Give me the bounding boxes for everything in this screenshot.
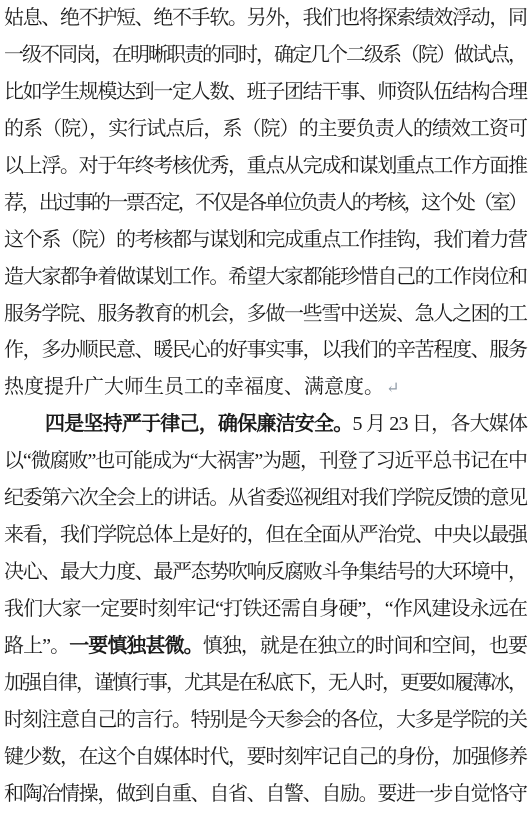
text-line: 热度提升广大师生员工的幸福度、满意度。↵ bbox=[4, 369, 528, 406]
text-line-content: 键少数，在这个自媒体时代，要时刻牢记自己的身份，加强修养 bbox=[4, 739, 527, 776]
text-run: 这个系（院）的考核都与谋划和完成重点工作挂钩，我们着力营 bbox=[4, 229, 527, 251]
bold-run: 一要慎独甚微。 bbox=[69, 635, 203, 657]
text-run: 的系（院），实行试点后，系（院）的主要负责人的绩效工资可 bbox=[4, 118, 527, 140]
text-run: 时刻注意自己的言行。特别是今天参会的各位，大多是学院的关 bbox=[4, 709, 527, 731]
text-line: 四是坚持严于律己，确保廉洁安全。5 月 23 日，各大媒体 bbox=[4, 406, 528, 443]
text-line: 来看，我们学院总体上是好的，但在全面从严治党、中央以最强 bbox=[4, 517, 528, 554]
text-run: 和陶冶情操，做到自重、自省、自警、自励。要进一步自觉恪守 bbox=[4, 783, 527, 805]
text-line-content: 服务学院、服务教育的机会，多做一些雪中送炭、急人之困的工 bbox=[4, 296, 527, 333]
text-line-content: 以“微腐败”也可能成为“大祸害”为题，刊登了习近平总书记在中 bbox=[4, 443, 527, 480]
text-line: 键少数，在这个自媒体时代，要时刻牢记自己的身份，加强修养 bbox=[4, 739, 528, 776]
text-line-content: 荐，出过事的一票否定，不仅是各单位负责人的考核，这个处（室） bbox=[4, 185, 525, 222]
text-run: 以“微腐败”也可能成为“大祸害”为题，刊登了习近平总书记在中 bbox=[4, 450, 527, 472]
text-run: 热度提升广大师生员工的幸福度、满意度。 bbox=[4, 376, 384, 398]
text-line: 时刻注意自己的言行。特别是今天参会的各位，大多是学院的关 bbox=[4, 702, 528, 739]
text-line-content: 和陶冶情操，做到自重、自省、自警、自励。要进一步自觉恪守 bbox=[4, 776, 527, 813]
text-line-content: 以上浮。对于年终考核优秀，重点从完成和谋划重点工作方面推 bbox=[4, 148, 527, 185]
text-run: 我们大家一定要时刻牢记“打铁还需自身硬”，“作风建设永远在 bbox=[4, 598, 527, 620]
text-run: 慎独，就是在独立的时间和空间，也要 bbox=[203, 635, 527, 657]
text-line: 比如学生规模达到一定人数、班子团结干事、师资队伍结构合理 bbox=[4, 74, 528, 111]
text-run: 加强自律，谨慎行事，尤其是在私底下，无人时，更要如履薄冰， bbox=[4, 672, 526, 694]
text-line-content: 纪委第六次全会上的讲话。从省委巡视组对我们学院反馈的意见 bbox=[4, 480, 527, 517]
text-run: 纪委第六次全会上的讲话。从省委巡视组对我们学院反馈的意见 bbox=[4, 487, 527, 509]
text-run: 来看，我们学院总体上是好的，但在全面从严治党、中央以最强 bbox=[4, 524, 527, 546]
text-run: 键少数，在这个自媒体时代，要时刻牢记自己的身份，加强修养 bbox=[4, 746, 527, 768]
text-line-content: 路上”。一要慎独甚微。慎独，就是在独立的时间和空间，也要 bbox=[4, 628, 527, 665]
text-line-content: 姑息、绝不护短、绝不手软。另外，我们也将探索绩效浮动，同 bbox=[4, 0, 527, 37]
text-run: 荐，出过事的一票否定，不仅是各单位负责人的考核，这个处（室） bbox=[4, 192, 525, 214]
text-line-content: 造大家都争着做谋划工作。希望大家都能珍惜自己的工作岗位和 bbox=[4, 259, 527, 296]
text-line: 的系（院），实行试点后，系（院）的主要负责人的绩效工资可 bbox=[4, 111, 528, 148]
text-line: 路上”。一要慎独甚微。慎独，就是在独立的时间和空间，也要 bbox=[4, 628, 528, 665]
text-line-content: 作，多办顺民意、暖民心的好事实事，以我们的辛苦程度、服务 bbox=[4, 332, 527, 369]
text-line: 纪委第六次全会上的讲话。从省委巡视组对我们学院反馈的意见 bbox=[4, 480, 528, 517]
text-line-content: 时刻注意自己的言行。特别是今天参会的各位，大多是学院的关 bbox=[4, 702, 527, 739]
text-line-content: 四是坚持严于律己，确保廉洁安全。5 月 23 日，各大媒体 bbox=[45, 406, 527, 443]
text-run: 服务学院、服务教育的机会，多做一些雪中送炭、急人之困的工 bbox=[4, 303, 527, 325]
text-line: 荐，出过事的一票否定，不仅是各单位负责人的考核，这个处（室） bbox=[4, 185, 528, 222]
text-run: 比如学生规模达到一定人数、班子团结干事、师资队伍结构合理 bbox=[4, 81, 527, 103]
paragraph-mark-icon: ↵ bbox=[384, 380, 399, 397]
text-line-content: 加强自律，谨慎行事，尤其是在私底下，无人时，更要如履薄冰， bbox=[4, 665, 526, 702]
text-run: 造大家都争着做谋划工作。希望大家都能珍惜自己的工作岗位和 bbox=[4, 266, 527, 288]
text-line: 姑息、绝不护短、绝不手软。另外，我们也将探索绩效浮动，同 bbox=[4, 0, 528, 37]
text-line-content: 我们大家一定要时刻牢记“打铁还需自身硬”，“作风建设永远在 bbox=[4, 591, 527, 628]
text-line: 服务学院、服务教育的机会，多做一些雪中送炭、急人之困的工 bbox=[4, 296, 528, 333]
text-line: 我们大家一定要时刻牢记“打铁还需自身硬”，“作风建设永远在 bbox=[4, 591, 528, 628]
text-run: 路上”。 bbox=[4, 635, 69, 657]
text-line-content: 一级不同岗，在明晰职责的同时，确定几个二级系（院）做试点， bbox=[4, 37, 526, 74]
text-line: 以“微腐败”也可能成为“大祸害”为题，刊登了习近平总书记在中 bbox=[4, 443, 528, 480]
text-line: 加强自律，谨慎行事，尤其是在私底下，无人时，更要如履薄冰， bbox=[4, 665, 528, 702]
text-line-content: 的系（院），实行试点后，系（院）的主要负责人的绩效工资可 bbox=[4, 111, 527, 148]
text-line: 作，多办顺民意、暖民心的好事实事，以我们的辛苦程度、服务 bbox=[4, 332, 528, 369]
text-line-content: 来看，我们学院总体上是好的，但在全面从严治党、中央以最强 bbox=[4, 517, 527, 554]
text-line: 一级不同岗，在明晰职责的同时，确定几个二级系（院）做试点， bbox=[4, 37, 528, 74]
text-line: 决心、最大力度、最严态势吹响反腐败斗争集结号的大环境中， bbox=[4, 554, 528, 591]
text-run: 姑息、绝不护短、绝不手软。另外，我们也将探索绩效浮动，同 bbox=[4, 7, 527, 29]
text-run: 决心、最大力度、最严态势吹响反腐败斗争集结号的大环境中， bbox=[4, 561, 527, 583]
text-line-content: 这个系（院）的考核都与谋划和完成重点工作挂钩，我们着力营 bbox=[4, 222, 527, 259]
text-run: 一级不同岗，在明晰职责的同时，确定几个二级系（院）做试点， bbox=[4, 44, 526, 66]
text-run: 作，多办顺民意、暖民心的好事实事，以我们的辛苦程度、服务 bbox=[4, 339, 527, 361]
text-line: 以上浮。对于年终考核优秀，重点从完成和谋划重点工作方面推 bbox=[4, 148, 528, 185]
document-page: 姑息、绝不护短、绝不手软。另外，我们也将探索绩效浮动，同一级不同岗，在明晰职责的… bbox=[0, 0, 532, 813]
text-line: 造大家都争着做谋划工作。希望大家都能珍惜自己的工作岗位和 bbox=[4, 259, 528, 296]
text-line: 这个系（院）的考核都与谋划和完成重点工作挂钩，我们着力营 bbox=[4, 222, 528, 259]
text-run: 以上浮。对于年终考核优秀，重点从完成和谋划重点工作方面推 bbox=[4, 155, 527, 177]
bold-run: 四是坚持严于律己，确保廉洁安全。 bbox=[45, 413, 352, 435]
text-run: 5 月 23 日，各大媒体 bbox=[352, 413, 527, 435]
text-line-content: 决心、最大力度、最严态势吹响反腐败斗争集结号的大环境中， bbox=[4, 554, 527, 591]
text-line-content: 热度提升广大师生员工的幸福度、满意度。↵ bbox=[4, 369, 399, 408]
text-line: 和陶冶情操，做到自重、自省、自警、自励。要进一步自觉恪守 bbox=[4, 776, 528, 813]
document-viewport: 姑息、绝不护短、绝不手软。另外，我们也将探索绩效浮动，同一级不同岗，在明晰职责的… bbox=[0, 0, 532, 813]
text-line-content: 比如学生规模达到一定人数、班子团结干事、师资队伍结构合理 bbox=[4, 74, 527, 111]
